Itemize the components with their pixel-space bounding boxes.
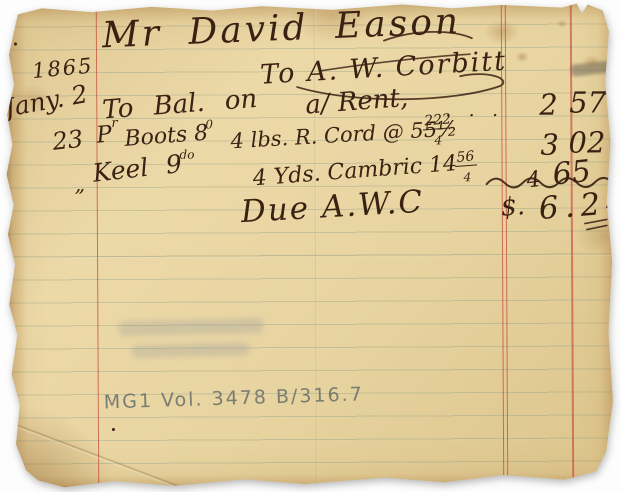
ink-dot <box>112 428 115 431</box>
fraction-numerator: 56 <box>454 148 477 167</box>
fraction-numerator: 222 <box>422 111 454 130</box>
entry-date: 23 <box>51 125 84 156</box>
corner-fold-crease <box>2 419 180 488</box>
entry-description: To Bal. on <box>101 84 258 126</box>
horizontal-fold-crease <box>3 253 615 258</box>
superscript: do <box>179 148 194 162</box>
total-amount: 6.24 <box>538 184 621 227</box>
archival-reference-note: MG1 Vol. 3478 B/316.7 <box>104 383 365 413</box>
entry-date-ditto: „ <box>75 172 86 196</box>
ink-dot <box>14 43 17 46</box>
entry-description: 4 Yds. Cambric 14 <box>252 151 458 191</box>
entry-description: a/ Rent, <box>304 83 409 121</box>
total-due-label: Due A.W.C <box>240 184 425 230</box>
amount-cents: 57 <box>569 85 606 119</box>
red-margin-line-left <box>96 4 100 489</box>
superscript: 0 <box>205 118 213 132</box>
paper-shadow: Mr David Eason To A. W. Corbitt 1865 Jan… <box>3 3 615 488</box>
entry-description: Boots 8 <box>124 121 209 152</box>
fraction-denominator: 4 <box>434 133 442 147</box>
fraction-denominator: 4 <box>464 170 472 184</box>
cents-flourish-mark: ~ <box>602 87 613 102</box>
stamp-bleedthrough <box>118 318 263 336</box>
amount-dollars: 2 <box>539 88 558 122</box>
addressee-name: Mr David Eason <box>101 1 462 56</box>
entry-description: Keel 9 <box>91 149 183 188</box>
superscript: r <box>111 116 117 131</box>
total-currency-sign: $. <box>500 191 526 222</box>
ledger-paper: Mr David Eason To A. W. Corbitt 1865 Jan… <box>2 1 617 489</box>
entry-date: Jany. 2 <box>2 79 89 122</box>
graphite-smudge <box>571 60 614 77</box>
scanned-document: Mr David Eason To A. W. Corbitt 1865 Jan… <box>0 0 621 492</box>
amount-dollars: 4 <box>525 167 542 193</box>
stamp-bleedthrough <box>131 342 249 358</box>
